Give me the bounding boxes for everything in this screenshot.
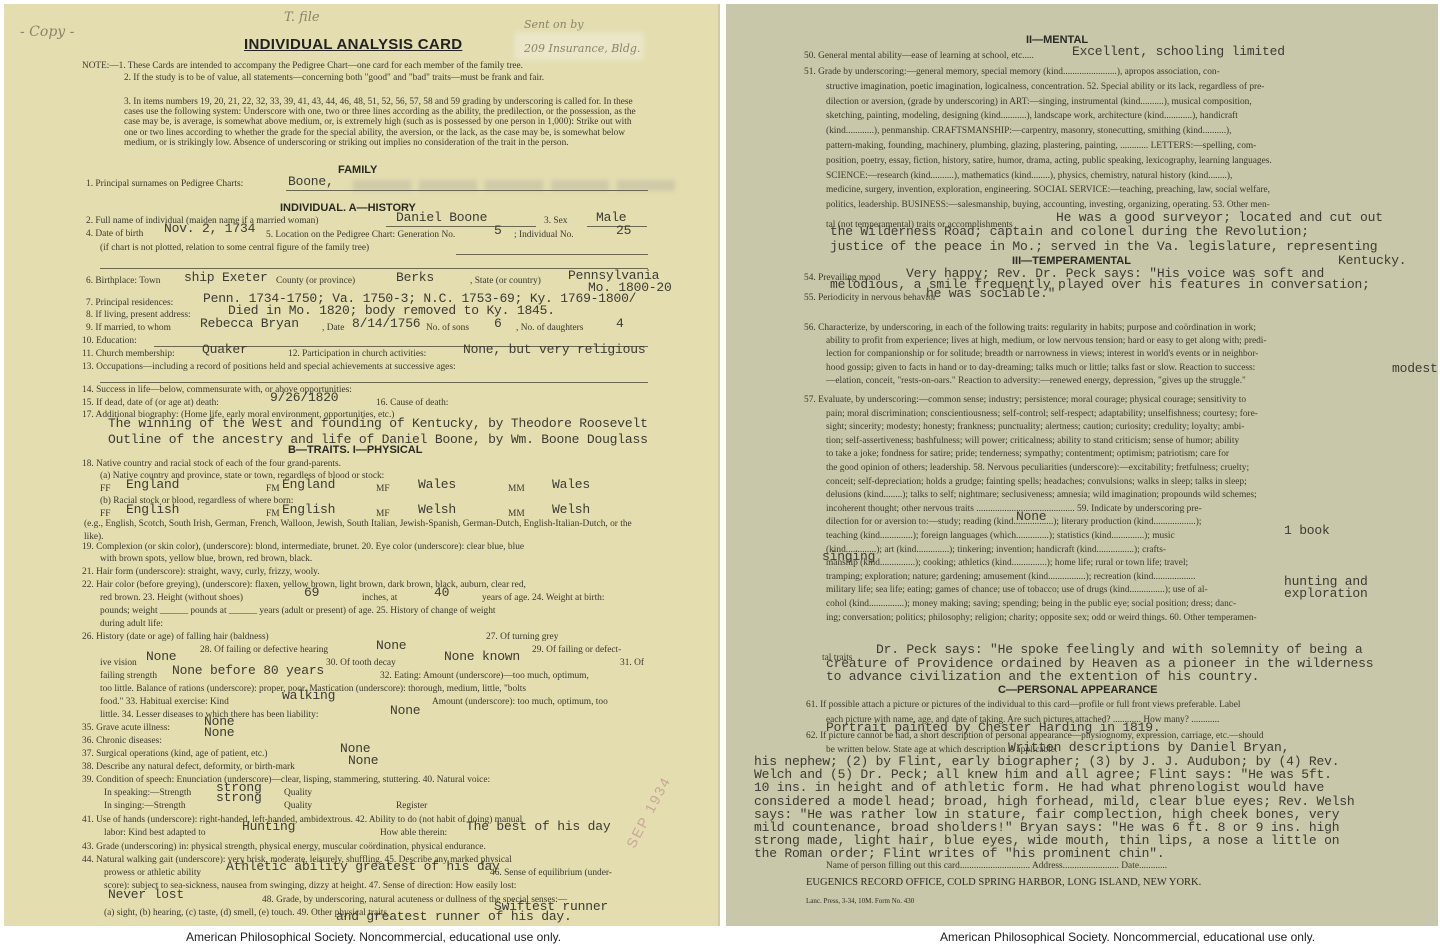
success-reaction-value: modest — [1392, 361, 1438, 376]
item51-line: structive imagination, poetic imaginatio… — [826, 81, 1264, 94]
surgical-label: 37. Surgical operations (kind, age of pa… — [82, 748, 267, 761]
traits-heading: B—TRAITS. I—PHYSICAL — [288, 444, 422, 456]
singing-label: In singing:—Strength — [104, 800, 186, 813]
church-value: Quaker — [202, 342, 248, 357]
register-label: Register — [396, 800, 427, 813]
ff-country: England — [126, 477, 179, 492]
county-label: County (or province) — [276, 275, 355, 288]
labor-value: Hunting — [242, 819, 295, 834]
sent-handwritten-note: Sent on by — [524, 18, 584, 31]
exercise-amount: Amount (underscore): too much, optimum, … — [432, 696, 608, 709]
ff-label: FF — [100, 483, 110, 496]
item57-line: teaching (kind..............); foreign l… — [826, 530, 1175, 543]
mm-stock: Welsh — [552, 502, 590, 517]
item51-line: sketching, painting, modeling, designing… — [826, 110, 1238, 123]
filler-line: Name of person filling out this card....… — [826, 860, 1167, 873]
participation-label: 12. Participation in church activities: — [288, 348, 426, 361]
strength-label-a: 31. Of — [620, 657, 644, 670]
item56-line: hood gossip; given to facts in hand or t… — [826, 362, 1255, 375]
height-label: red brown. 23. Height (without shoes) — [100, 592, 243, 605]
years-label: years of age. 24. Weight at birth: — [482, 592, 604, 605]
item60-line-1: Dr. Peck says: "He spoke feelingly and w… — [876, 642, 1362, 657]
surnames-label: 1. Principal surnames on Pedigree Charts… — [86, 178, 243, 191]
prowess-label: prowess or athletic ability — [104, 867, 201, 880]
hearing-value: None — [376, 638, 406, 653]
grandparents-intro: 18. Native country and racial stock of e… — [82, 458, 341, 471]
item57-line: cohol (kind...............); money makin… — [826, 598, 1236, 611]
marriage-date-label: , Date — [322, 322, 344, 335]
item53-line-4: Kentucky. — [1338, 253, 1406, 268]
surnames-line — [286, 190, 648, 191]
participation-value: None, but very religious — [463, 342, 645, 357]
education-label: 10. Education: — [82, 335, 137, 348]
item57-line: ing; conversation; politics; philosophy;… — [826, 612, 1257, 625]
town-value: ship Exeter — [184, 270, 268, 285]
item50-label: 50. General mental ability—ease of learn… — [804, 50, 1034, 63]
item56-line: 56. Characterize, by underscoring, in ea… — [804, 322, 1256, 335]
item50-value: Excellent, schooling limited — [1072, 44, 1285, 59]
speaking-label: In speaking:—Strength — [104, 787, 191, 800]
vision-value: None — [146, 649, 176, 664]
item54-line-3: he was sociable." — [926, 286, 1055, 301]
strength-label: failing strength — [100, 670, 157, 683]
occupations-label: 13. Occupations—including a record of po… — [82, 361, 456, 374]
item53-line-2: the Wilderness Road; captain and colonel… — [830, 224, 1309, 239]
item57-line: tion; self-assertiveness; bashfulness; w… — [826, 435, 1239, 448]
item54-line-2: melodious, a smile frequently played ove… — [830, 277, 1370, 292]
note-1: NOTE:—1. These Cards are intended to acc… — [82, 61, 647, 71]
copy-handwritten-mark: - Copy - — [20, 24, 74, 40]
exercise-value: walking — [282, 688, 335, 703]
vision-label-a: 29. Of failing or defect- — [532, 644, 621, 657]
complexion-line-2: with brown spots, yellow blue, brown, re… — [100, 553, 312, 566]
singing-quality-label: Quality — [284, 800, 312, 813]
address-handwritten-note: 209 Insurance, Bldg. — [524, 42, 640, 55]
appearance-heading: C—PERSONAL APPEARANCE — [998, 684, 1158, 696]
direction-value: Never lost — [108, 887, 184, 902]
music-kind-value: singing — [822, 549, 875, 564]
item57-line: sight; sincerity; modesty; honesty; fran… — [826, 421, 1244, 434]
marriage-date-value: 8/14/1756 — [352, 316, 420, 331]
item57-line: (kind.............); art (kind..........… — [826, 544, 1166, 557]
tooth-label: 30. Of tooth decay — [326, 657, 396, 670]
item57-line: to take a joke; fondness for satire; pri… — [826, 448, 1229, 461]
left-card-page: - Copy - T. file Sent on by 209 Insuranc… — [4, 4, 720, 926]
grave-label: 35. Grave acute illness: — [82, 722, 170, 735]
individual-value: 25 — [616, 223, 631, 238]
item57-line: the good opinion of others; leadership. … — [826, 462, 1249, 475]
dob-label: 4. Date of birth — [86, 228, 143, 241]
hair-form: 21. Hair form (underscore): straight, wa… — [82, 566, 320, 579]
item62-line-0: Written descriptions by Daniel Bryan, — [1008, 740, 1289, 755]
eugenics-office-footer: EUGENICS RECORD OFFICE, COLD SPRING HARB… — [806, 877, 1201, 888]
family-heading: FAMILY — [338, 164, 377, 176]
residences-label: 7. Principal residences: — [86, 297, 173, 310]
file-handwritten-mark: T. file — [284, 10, 320, 25]
fm-stock: English — [282, 502, 335, 517]
defect-value: None — [348, 753, 378, 768]
death-label: 15. If dead, date of (or age at) death: — [82, 397, 219, 410]
item56-line: lection for companionship or for solitud… — [826, 348, 1258, 361]
exercise-label: food." 33. Habitual exercise: Kind — [100, 696, 229, 709]
spouse-value: Rebecca Bryan — [200, 316, 299, 331]
item51-line: medicine, surgery, invention, exploratio… — [826, 184, 1270, 197]
credit-left: American Philosophical Society. Noncomme… — [186, 930, 561, 944]
fm-country: England — [282, 477, 335, 492]
inches-label: inches, at — [362, 592, 397, 605]
ff-stock: English — [126, 502, 179, 517]
state-label: , State (or country) — [470, 275, 541, 288]
relation-line-2 — [100, 268, 648, 269]
individual-label: ; Individual No. — [514, 229, 574, 242]
daughters-label: , No. of daughters — [516, 322, 583, 335]
relation-label: (if chart is not plotted, relation to so… — [100, 242, 369, 255]
item51-line: dilection or aversion, (grade by undersc… — [826, 96, 1252, 109]
other-nervous-traits-value: None — [1016, 509, 1046, 524]
dob-value: Nov. 2, 1734 — [164, 221, 255, 236]
item51-line: pattern-making, founding, machinery, plu… — [826, 140, 1256, 153]
surname-value: Boone, — [288, 174, 334, 189]
item51-line: position, poetry, essay, fiction, histor… — [826, 155, 1272, 168]
occupations-line — [100, 382, 648, 383]
hearing-label: 28. Of failing or defective hearing — [200, 644, 328, 657]
item56-line: ability to profit from experience; lives… — [826, 335, 1267, 348]
singing-strength-value: strong — [216, 790, 262, 805]
item57-line: dilection for or aversion to:—study; rea… — [826, 516, 1201, 529]
chronic-label: 36. Chronic diseases: — [82, 735, 162, 748]
county-value: Berks — [396, 270, 434, 285]
note-2: 2. If the study is to be of value, all s… — [124, 73, 647, 83]
lesser-value: None — [390, 703, 420, 718]
baldness-label: 26. History (date or age) of falling hai… — [82, 631, 269, 644]
labor-label: labor: Kind best adapted to — [104, 827, 206, 840]
right-card-page: II—MENTAL 50. General mental ability—eas… — [726, 4, 1438, 926]
card-title: INDIVIDUAL ANALYSIS CARD — [244, 36, 462, 53]
item51-line: 51. Grade by underscoring:—general memor… — [804, 66, 1220, 79]
prowess-value: Athletic ability greatest of his day — [226, 859, 500, 874]
married-label: 9. If married, to whom — [86, 322, 171, 335]
item57-line: tramping; exploration; nature; gardening… — [826, 571, 1195, 584]
location-label: 5. Location on the Pedigree Chart: Gener… — [266, 229, 455, 242]
height-value: 69 — [304, 585, 319, 600]
item57-line: pain; moral discrimination; conscientiou… — [826, 408, 1258, 421]
fm-label: FM — [266, 483, 280, 496]
death-date-value: 9/26/1820 — [270, 390, 338, 405]
full-name-line — [386, 226, 536, 227]
grey-label: 27. Of turning grey — [486, 631, 558, 644]
sons-label: No. of sons — [426, 322, 469, 335]
item53-line-1: He was a good surveyor; located and cut … — [1056, 210, 1383, 225]
bio-line-1: The winning of the West and founding of … — [108, 416, 648, 431]
grade-label: 43. Grade (underscoring) in: physical st… — [82, 841, 486, 854]
complexion-line: 19. Complexion (or skin color), (undersc… — [82, 541, 524, 554]
item55-label: 55. Periodicity in nervous behavior — [804, 292, 936, 305]
sons-value: 6 — [494, 316, 502, 331]
item57-line: military life; sea life; eating; games o… — [826, 584, 1208, 597]
weight-line: pounds; weight ______ pounds at ______ y… — [100, 605, 496, 618]
strength-value: None before 80 years — [172, 663, 324, 678]
item61-line-1: 61. If possible attach a picture or pict… — [806, 699, 1241, 712]
item57-line: conceit; self-depreciation; holds a grud… — [826, 476, 1247, 489]
eating-label: 32. Eating: Amount (underscore)—too much… — [380, 670, 589, 683]
redacted-surnames — [349, 176, 679, 194]
adult-life-label: during adult life: — [100, 618, 163, 631]
mm-country: Wales — [552, 477, 590, 492]
item57-line: 57. Evaluate, by underscoring:—common se… — [804, 394, 1246, 407]
speech-label: 39. Condition of speech: Enunciation (un… — [82, 774, 490, 787]
item60-line-3: to advance civilization and the extentio… — [826, 669, 1259, 684]
item56-line: —elation, conceit, "rests-on-oars." Reac… — [826, 375, 1246, 388]
literary-production-value: 1 book — [1284, 523, 1330, 538]
other-traits-2: and greatest runner of his day. — [336, 909, 572, 924]
mf-label: MF — [376, 483, 390, 496]
birthplace-label: 6. Birthplace: Town — [86, 275, 160, 288]
chronic-value: None — [204, 725, 234, 740]
note-3: 3. In items numbers 19, 20, 21, 22, 32, … — [124, 97, 647, 148]
able-value: The best of his day — [466, 819, 610, 834]
hands-label: 41. Use of hands (underscore): right-han… — [82, 814, 522, 827]
speaking-quality-label: Quality — [284, 787, 312, 800]
item51-line: (kind............), penmanship. CRAFTSMA… — [826, 125, 1232, 138]
item51-line: SCIENCE:—research (kind..........), math… — [826, 170, 1232, 183]
item57-line: manship (kind...............); cooking; … — [826, 557, 1188, 570]
church-label: 11. Church membership: — [82, 348, 175, 361]
sex-label: 3. Sex — [544, 215, 567, 228]
form-number: Lanc. Press, 3-34, 10M. Form No. 430 — [806, 897, 914, 905]
defect-label: 38. Describe any natural defect, deformi… — [82, 761, 295, 774]
generation-value: 5 — [494, 223, 502, 238]
tooth-value: None known — [444, 649, 520, 664]
vision-label: ive vision — [100, 657, 137, 670]
full-name-value: Daniel Boone — [396, 210, 487, 225]
item57-line: delusions (kind........); talks to self;… — [826, 489, 1257, 502]
mf-country: Wales — [418, 477, 456, 492]
recreation-kind-value: hunting and exploration — [1284, 576, 1414, 600]
item57-line: incoherent thought; other nervous traits… — [826, 503, 1202, 516]
mf-stock: Welsh — [418, 502, 456, 517]
stock-examples: (e.g., English, Scotch, South Irish, Ger… — [84, 518, 649, 543]
relation-line — [456, 254, 648, 255]
equilibrium-label: 46. Sense of equilibrium (under- — [490, 867, 612, 880]
mm-label: MM — [508, 483, 525, 496]
height-age-value: 40 — [434, 585, 449, 600]
cause-label: 16. Cause of death: — [376, 397, 448, 410]
daughters-value: 4 — [616, 316, 624, 331]
able-label: How able therein: — [380, 827, 447, 840]
item53-line-3: justice of the peace in Mo.; served in t… — [830, 239, 1377, 254]
address-label: 8. If living, present address: — [86, 309, 191, 322]
credit-right: American Philosophical Society. Noncomme… — [940, 930, 1315, 944]
date-stamp: SEP 1934 — [623, 773, 674, 850]
